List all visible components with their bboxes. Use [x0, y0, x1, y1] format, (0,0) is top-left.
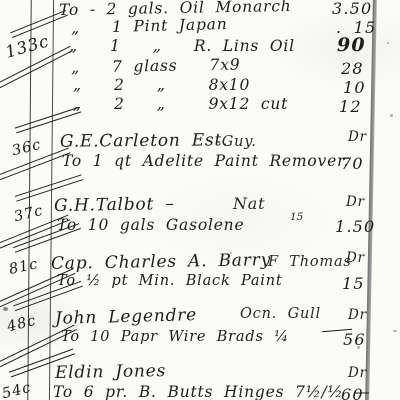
entry-account-note: Nat: [233, 196, 265, 212]
account-number: 37c: [13, 203, 46, 226]
entry-account-name: Cap. Charles A. Barry: [51, 252, 271, 273]
amount-column-rule: [365, 0, 377, 400]
scan-speck: [230, 252, 232, 254]
entry-line-amount: 10: [343, 80, 366, 96]
entry-line-text: „ 7 glass 7x9: [71, 58, 241, 76]
entry-account-note: Ocn. Gull: [240, 307, 321, 322]
entry-line-amount: 3.50: [332, 1, 372, 17]
ledger-page: 133c 36c 37c 81c 48c 54c To - 2 gals. Oi…: [0, 0, 400, 400]
entry-line-amount: 12: [339, 99, 362, 115]
scan-speck: [387, 42, 389, 44]
entry-line-text: To 10 Papr Wire Brads ¼: [61, 330, 289, 345]
entry-account-name: Eldin Jones: [55, 363, 166, 382]
account-number: 36c: [11, 137, 44, 160]
entry-account-name: John Legendre: [55, 307, 197, 328]
entry-line-text: To 6 pr. B. Butts Hinges 7½/½ —: [53, 385, 370, 400]
debit-mark: Dr: [346, 196, 365, 210]
debit-mark: Dr: [348, 309, 367, 323]
entry-line-text: „ 2 „ 8x10: [73, 78, 250, 94]
margin-rule-outer: [27, 0, 32, 400]
posting-slash: [15, 107, 82, 134]
entry-line-text: To ½ pt Min. Black Paint: [57, 274, 283, 289]
small-notation: 15: [290, 211, 303, 223]
entry-line-amount: 56: [343, 332, 366, 348]
entry-line-amount: 15: [342, 276, 365, 292]
debit-mark: Dr: [348, 131, 367, 145]
entry-line-amount: 60: [341, 387, 364, 400]
entry-line-text: „ 1 Pint Japan: [71, 17, 228, 37]
account-number: 48c: [6, 313, 39, 336]
entry-line-text: „ 1 „ R. Lins Oil: [69, 39, 295, 55]
scan-speck: [393, 330, 397, 332]
scan-speck: [3, 307, 8, 311]
entry-line-amount: 90: [337, 36, 366, 55]
entry-line-text: To 1 qt Adelite Paint Remover.: [62, 154, 349, 170]
entry-account-name: G.E.Carleton Est.: [60, 132, 229, 150]
entry-account-note: -Guy.: [216, 135, 257, 150]
entry-line-amount: 1.50: [335, 219, 375, 235]
scan-speck: [390, 114, 393, 117]
account-number: 81c: [8, 256, 40, 278]
entry-line-amount: 28: [341, 61, 364, 77]
scan-speck: [357, 346, 360, 349]
entry-line-text: „ 2 „ 9x12 cut: [73, 97, 288, 113]
entry-line-amount: 70: [341, 156, 364, 172]
entry-line-text: To 10 gals Gasolene: [57, 218, 244, 234]
entry-account-note: F Thomas: [268, 255, 352, 270]
entry-account-name: G.H.Talbot –: [54, 196, 175, 215]
debit-mark: Dr: [348, 367, 367, 381]
debit-mark: Dr: [346, 252, 365, 266]
